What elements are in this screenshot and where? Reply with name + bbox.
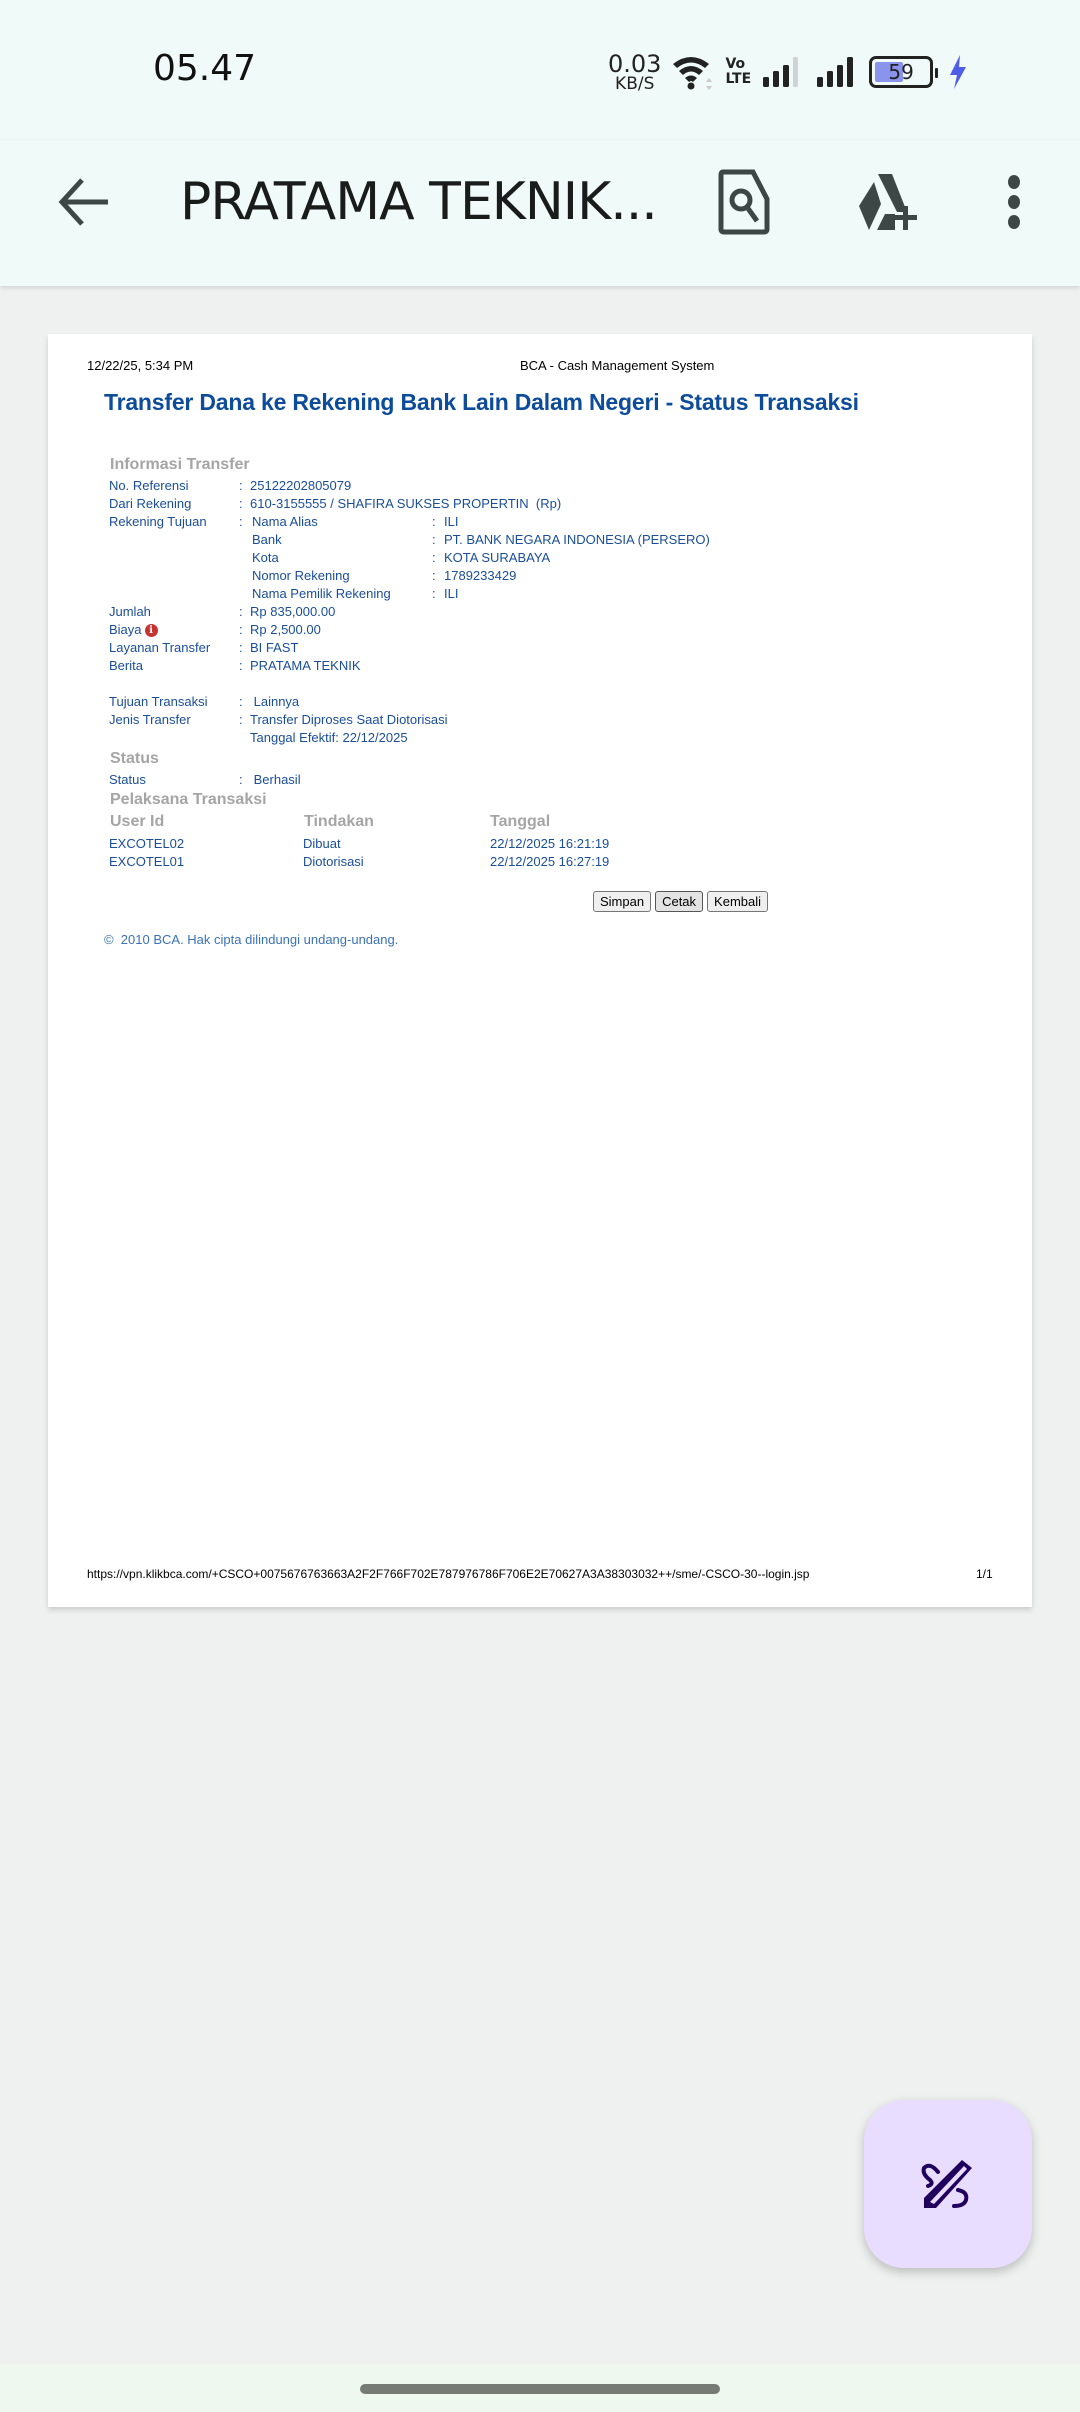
value: 25122202805079 <box>250 477 351 495</box>
section-pelaksana-transaksi: Pelaksana Transaksi <box>110 791 267 809</box>
kembali-button[interactable]: Kembali <box>707 891 768 912</box>
volte-bottom: LTE <box>725 72 751 87</box>
net-speed-unit: KB/S <box>615 76 654 93</box>
colon: : <box>239 693 243 711</box>
value: Lainnya <box>250 693 299 711</box>
battery-icon: 59 <box>869 56 933 88</box>
copyright: © 2010 BCA. Hak cipta dilindungi undang-… <box>104 932 398 947</box>
colon: : <box>432 567 436 585</box>
label: Nama Alias <box>252 514 318 529</box>
colon: : <box>432 513 436 531</box>
effective-date: Tanggal Efektif: 22/12/2025 <box>250 729 408 747</box>
wifi-icon <box>671 52 715 92</box>
label: Bank <box>252 532 282 547</box>
colon: : <box>432 531 436 549</box>
colon: : <box>239 513 243 531</box>
label: Nomor Rekening <box>252 568 350 583</box>
col-header-user-id: User Id <box>110 813 164 831</box>
dest-bank: Bank : PT. BANK NEGARA INDONESIA (PERSER… <box>252 531 282 549</box>
colon: : <box>432 549 436 567</box>
value: ILI <box>444 513 458 531</box>
executor-row-1-action: Dibuat <box>303 836 341 851</box>
colon: : <box>239 771 243 789</box>
back-button[interactable] <box>52 170 116 234</box>
label-wrap: Biayai <box>109 621 158 639</box>
colon: : <box>239 477 243 495</box>
search-in-document-icon <box>717 169 771 235</box>
print-footer-url: https://vpn.klikbca.com/+CSCO+0075676763… <box>87 1567 809 1581</box>
simpan-button[interactable]: Simpan <box>593 891 651 912</box>
section-status: Status <box>110 750 159 768</box>
label: Biaya <box>109 622 142 637</box>
label: Jumlah <box>109 603 151 621</box>
value: ILI <box>444 585 458 603</box>
action-buttons: Simpan Cetak Kembali <box>593 891 768 912</box>
cetak-button[interactable]: Cetak <box>655 891 703 912</box>
colon: : <box>239 495 243 513</box>
value: PT. BANK NEGARA INDONESIA (PERSERO) <box>444 531 710 549</box>
pdf-page: 12/22/25, 5:34 PM BCA - Cash Management … <box>48 334 1032 1607</box>
executor-row-2-user-id: EXCOTEL01 <box>109 854 184 869</box>
document-title: PRATAMA TEKNIK... <box>180 170 657 234</box>
annotate-pen-icon <box>918 2156 978 2212</box>
section-informasi-transfer: Informasi Transfer <box>110 456 250 474</box>
battery-level: 59 <box>888 60 913 84</box>
label: Layanan Transfer <box>109 639 210 657</box>
value: BI FAST <box>250 639 298 657</box>
dest-nama-pemilik: Nama Pemilik Rekening : ILI <box>252 585 391 603</box>
print-page-number: 1/1 <box>976 1567 993 1581</box>
annotate-fab[interactable] <box>864 2100 1032 2268</box>
clock: 05.47 <box>153 48 256 89</box>
value: 1789233429 <box>444 567 516 585</box>
label: Tujuan Transaksi <box>109 693 208 711</box>
print-datetime: 12/22/25, 5:34 PM <box>87 358 193 373</box>
volte-top: Vo <box>725 57 751 72</box>
col-header-tanggal: Tanggal <box>490 813 550 831</box>
label: No. Referensi <box>109 477 188 495</box>
add-to-drive-button[interactable] <box>852 166 924 238</box>
value: 610-3155555 / SHAFIRA SUKSES PROPERTIN (… <box>250 495 561 513</box>
app-bar: PRATAMA TEKNIK... <box>0 140 1080 286</box>
label: Dari Rekening <box>109 495 191 513</box>
signal-sim1-icon <box>761 55 805 89</box>
more-options-button[interactable] <box>978 166 1050 238</box>
label: Jenis Transfer <box>109 711 191 729</box>
label: Nama Pemilik Rekening <box>252 586 391 601</box>
status-bar: 05.47 0.03 KB/S Vo LTE <box>0 0 1080 140</box>
gesture-nav-bar <box>0 2364 1080 2412</box>
net-speed-value: 0.03 <box>608 52 661 76</box>
executor-row-2-action: Diotorisasi <box>303 854 364 869</box>
colon: : <box>432 585 436 603</box>
search-in-document-button[interactable] <box>708 166 780 238</box>
colon: : <box>239 657 243 675</box>
label: Berita <box>109 657 143 675</box>
label: Rekening Tujuan <box>109 513 207 531</box>
colon: : <box>239 711 243 729</box>
executor-row-2-date: 22/12/2025 16:27:19 <box>490 854 609 869</box>
value: Transfer Diproses Saat Diotorisasi <box>250 711 447 729</box>
status-icons: 0.03 KB/S Vo LTE 59 <box>608 50 969 94</box>
label: Kota <box>252 550 279 565</box>
volte-icon: Vo LTE <box>725 57 751 87</box>
col-header-tindakan: Tindakan <box>304 813 374 831</box>
info-icon[interactable]: i <box>145 624 158 637</box>
dest-nomor-rekening: Nomor Rekening : 1789233429 <box>252 567 350 585</box>
dest-kota: Kota : KOTA SURABAYA <box>252 549 279 567</box>
add-to-drive-icon <box>855 172 921 232</box>
colon: : <box>239 621 243 639</box>
colon: : <box>239 639 243 657</box>
signal-sim2-icon <box>815 55 859 89</box>
more-options-icon <box>1006 174 1022 230</box>
value: Rp 2,500.00 <box>250 621 321 639</box>
home-gesture-handle[interactable] <box>360 2384 720 2394</box>
executor-row-1-date: 22/12/2025 16:21:19 <box>490 836 609 851</box>
value: PRATAMA TEKNIK <box>250 657 361 675</box>
colon: : <box>239 603 243 621</box>
charging-bolt-icon <box>947 54 969 90</box>
network-speed: 0.03 KB/S <box>608 52 661 93</box>
value: KOTA SURABAYA <box>444 549 550 567</box>
label: Status <box>109 771 146 789</box>
executor-row-1-user-id: EXCOTEL02 <box>109 836 184 851</box>
back-arrow-icon <box>58 176 110 228</box>
status-value: Berhasil <box>250 771 301 789</box>
value: Rp 835,000.00 <box>250 603 335 621</box>
page-title: Transfer Dana ke Rekening Bank Lain Dala… <box>104 389 859 416</box>
dest-nama-alias: Nama Alias : ILI <box>252 513 318 531</box>
print-header-system: BCA - Cash Management System <box>520 358 714 373</box>
